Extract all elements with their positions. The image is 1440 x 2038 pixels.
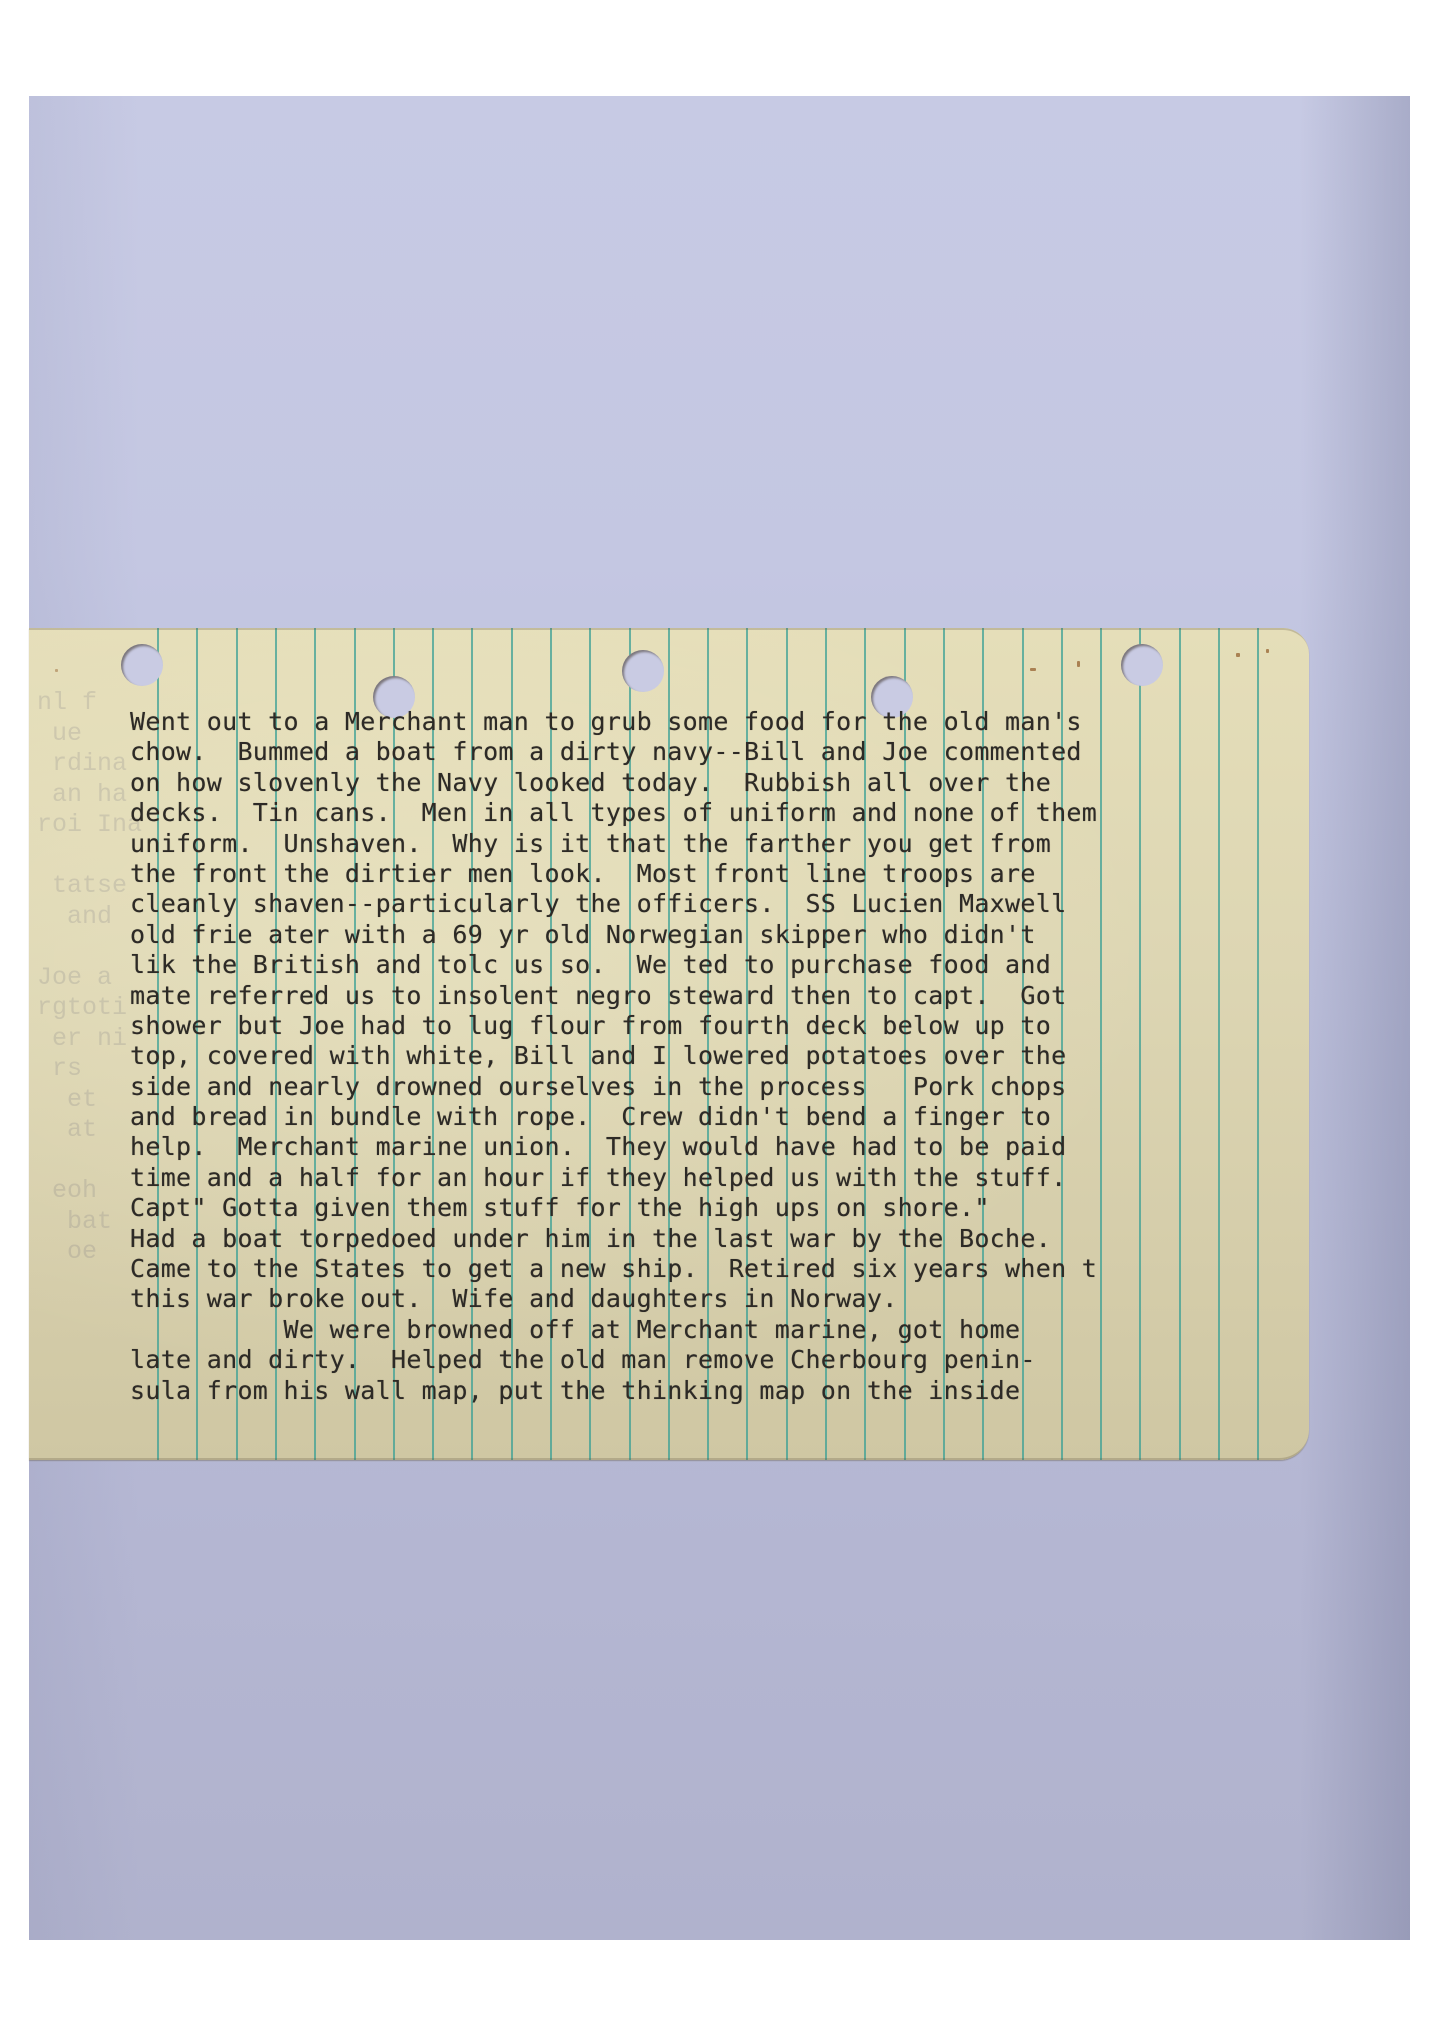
typed-line: side and nearly drowned ourselves in the…	[130, 1072, 1097, 1102]
typewritten-text: Went out to a Merchant man to grub some …	[130, 707, 1097, 1406]
stain-speck	[55, 669, 58, 672]
stain-speck	[1077, 661, 1080, 667]
ruled-line	[1139, 628, 1141, 1460]
typed-line: Capt" Gotta given them stuff for the hig…	[130, 1193, 1097, 1223]
punch-hole-5	[1121, 644, 1163, 686]
typed-line: on how slovenly the Navy looked today. R…	[130, 768, 1097, 798]
reverse-side-bleed-through: nl f ue rdina an ha roi Ina tatse and Jo…	[37, 688, 142, 1268]
typed-line: help. Merchant marine union. They would …	[130, 1132, 1097, 1162]
typed-line: cleanly shaven--particularly the officer…	[130, 889, 1097, 919]
typed-line: lik the British and tolc us so. We ted t…	[130, 950, 1097, 980]
typed-line: Had a boat torpedoed under him in the la…	[130, 1224, 1097, 1254]
typed-line: old frie ater with a 69 yr old Norwegian…	[130, 920, 1097, 950]
typed-line: and bread in bundle with rope. Crew didn…	[130, 1102, 1097, 1132]
typed-line: Came to the States to get a new ship. Re…	[130, 1254, 1097, 1284]
typed-line: mate referred us to insolent negro stewa…	[130, 981, 1097, 1011]
ruled-line	[1100, 628, 1102, 1460]
stain-speck	[1266, 649, 1269, 653]
typed-line: We were browned off at Merchant marine, …	[130, 1315, 1097, 1345]
typed-line: uniform. Unshaven. Why is it that the fa…	[130, 829, 1097, 859]
typed-line: shower but Joe had to lug flour from fou…	[130, 1011, 1097, 1041]
ruled-line	[1218, 628, 1220, 1460]
typed-line: time and a half for an hour if they help…	[130, 1163, 1097, 1193]
index-card: nl f ue rdina an ha roi Ina tatse and Jo…	[29, 628, 1309, 1460]
typed-line: Went out to a Merchant man to grub some …	[130, 707, 1097, 737]
punch-hole-1	[121, 644, 163, 686]
ruled-line	[1179, 628, 1181, 1460]
stain-speck	[1030, 668, 1036, 671]
stain-speck	[1236, 653, 1240, 657]
ruled-line	[1257, 628, 1259, 1460]
typed-line: decks. Tin cans. Men in all types of uni…	[130, 798, 1097, 828]
typed-line: chow. Bummed a boat from a dirty navy--B…	[130, 737, 1097, 767]
punch-hole-3	[622, 650, 664, 692]
typed-line: this war broke out. Wife and daughters i…	[130, 1284, 1097, 1314]
typed-line: top, covered with white, Bill and I lowe…	[130, 1041, 1097, 1071]
typed-line: sula from his wall map, put the thinking…	[130, 1376, 1097, 1406]
typed-line: late and dirty. Helped the old man remov…	[130, 1345, 1097, 1375]
typed-line: the front the dirtier men look. Most fro…	[130, 859, 1097, 889]
